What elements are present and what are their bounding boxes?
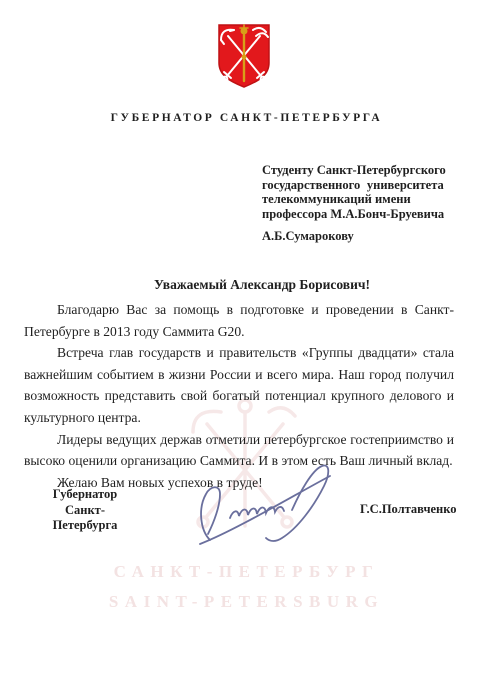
addressee-line: профессора М.А.Бонч-Бруевича	[262, 207, 452, 222]
signatory-name: Г.С.Полтавченко	[360, 502, 457, 517]
addressee-line: Студенту Санкт-Петербургского	[262, 163, 452, 178]
addressee-name: А.Б.Сумарокову	[262, 229, 354, 244]
watermark-line-ru: САНКТ-ПЕТЕРБУРГ	[0, 562, 493, 582]
addressee-line: телекоммуникаций имени	[262, 192, 452, 207]
body-paragraph: Благодарю Вас за помощь в подготовке и п…	[24, 299, 454, 342]
signatory-position-line: Губернатор	[33, 487, 137, 503]
addressee-line: государственного университета	[262, 178, 452, 193]
addressee-block: Студенту Санкт-Петербургского государств…	[262, 163, 452, 221]
coat-of-arms-icon	[217, 23, 271, 89]
handwritten-signature	[196, 456, 348, 553]
watermark-line-en: SAINT-PETERSBURG	[0, 592, 493, 612]
letterhead-title: ГУБЕРНАТОР САНКТ-ПЕТЕРБУРГА	[0, 112, 493, 124]
salutation: Уважаемый Александр Борисович!	[154, 277, 370, 293]
signatory-position-line: Санкт-Петербурга	[33, 503, 137, 534]
letter-page: ГУБЕРНАТОР САНКТ-ПЕТЕРБУРГА Студенту Сан…	[0, 0, 493, 689]
signatory-position: Губернатор Санкт-Петербурга	[33, 487, 137, 534]
body-paragraph: Встреча глав государств и правительств «…	[24, 342, 454, 428]
